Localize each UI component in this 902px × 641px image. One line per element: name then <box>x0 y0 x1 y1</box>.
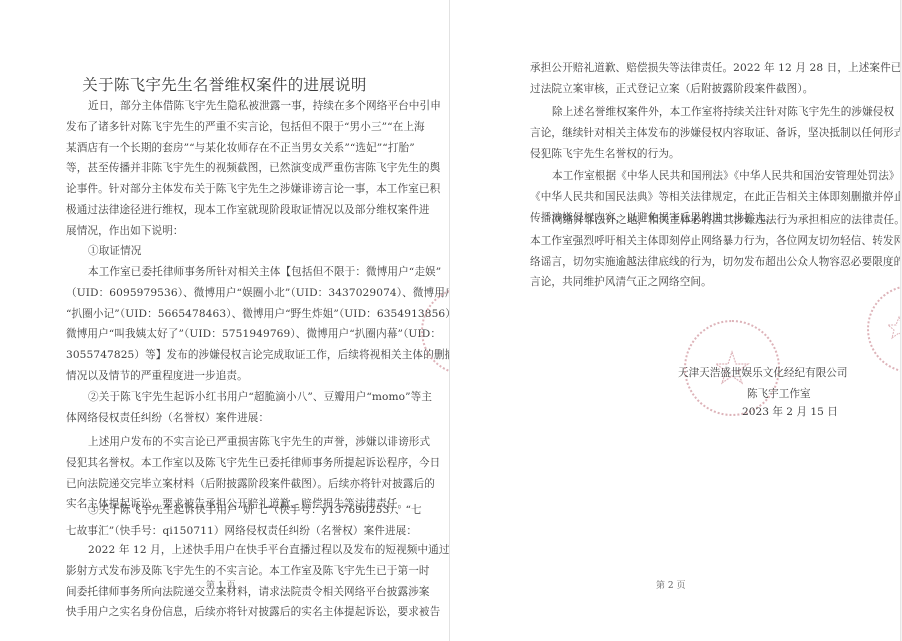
page-1: 关于陈飞宇先生名誉维权案件的进展说明 近日，部分主体借陈飞宇先生隐私被泄露一事，… <box>0 0 450 641</box>
paragraph-monitoring: 除上述名誉维权案件外，本工作室将持续关注针对陈飞宇先生的涉嫌侵权 言论，继续针对… <box>530 102 875 164</box>
text-line: 某酒店有一个长期的套房”“与某化妆师存在不正当男女关系”“选妃”“打胎” <box>66 138 411 159</box>
seal-stamp-half-right <box>867 285 901 373</box>
text-line: 言论，继续针对相关主体发布的涉嫌侵权内容取证、备诉，坚决抵制以任何形式 <box>530 123 875 144</box>
text-line: 承担公开赔礼道歉、赔偿损失等法律责任。2022 年 12 月 28 日，上述案件… <box>530 58 875 79</box>
text-line: 侵犯其名誉权。本工作室以及陈飞宇先生已委托律师事务所提起诉讼程序，今日 <box>66 453 411 474</box>
text-line: 上述用户发布的不实言论已严重损害陈飞宇先生的声誉，涉嫌以诽谤形式 <box>66 432 411 453</box>
text-line: 过法院立案审核，正式登记立案（后附披露阶段案件截图）。 <box>530 79 875 100</box>
text-line: 近日，部分主体借陈飞宇先生隐私被泄露一事，持续在多个网络平台中引申 <box>66 96 411 117</box>
paragraph-case-3-cont: 承担公开赔礼道歉、赔偿损失等法律责任。2022 年 12 月 28 日，上述案件… <box>530 58 875 100</box>
text-line: ②关于陈飞宇先生起诉小红书用户“超脆滴小八”、豆瓣用户“momo”等主 <box>66 387 411 408</box>
text-line: 微博用户“叫我姨太好了”（UID：5751949769）、微博用户“扒圈内幕”（… <box>66 324 411 345</box>
text-line: 七故事汇”（快手号：qi150711）网络侵权责任纠纷（名誉权）案件进展： <box>66 521 411 542</box>
text-line: 本工作室已委托律师事务所针对相关主体【包括但不限于：微博用户“走娱” <box>66 262 411 283</box>
text-line: 2022 年 12 月，上述快手用户在快手平台直播过程以及发布的短视频中通过 <box>66 540 411 561</box>
text-line: 间委托律师事务所向法院递交立案材料，请求法院责令相关网络平台披露涉案 <box>66 582 411 603</box>
paragraph-evidence: 本工作室已委托律师事务所针对相关主体【包括但不限于：微博用户“走娱” （UID：… <box>66 262 411 387</box>
signature-studio: 陈飞宇工作室 <box>747 386 811 401</box>
text-line: ③关于陈飞宇先生起诉快手用户“妍 七”（快手号：y137690253）、“七 <box>66 500 411 521</box>
page-2: 承担公开赔礼道歉、赔偿损失等法律责任。2022 年 12 月 28 日，上述案件… <box>450 0 901 641</box>
text-line: 除上述名誉维权案件外，本工作室将持续关注针对陈飞宇先生的涉嫌侵权 <box>530 102 875 123</box>
text-line: 《中华人民共和国民法典》等相关法律规定，在此正告相关主体即刻删撤并停止 <box>530 187 875 208</box>
text-line: 体网络侵权责任纠纷（名誉权）案件进展： <box>66 408 411 429</box>
page-number: 第 1 页 <box>206 578 235 591</box>
text-line: 本工作室根据《中华人民共和国刑法》《中华人民共和国治安管理处罚法》 <box>530 166 875 187</box>
paragraph-appeal: 网络并非法外之地，相关主体必将因其涉嫌违法行为承担相应的法律责任。 本工作室强烈… <box>530 210 875 293</box>
section-heading-case-3: ③关于陈飞宇先生起诉快手用户“妍 七”（快手号：y137690253）、“七 七… <box>66 500 411 542</box>
signature-date: 2023 年 2 月 15 日 <box>742 404 838 419</box>
text-line: 等，甚至传播并非陈飞宇先生的视频截图，已然演变成严重伤害陈飞宇先生的舆 <box>66 158 411 179</box>
text-line: 侵犯陈飞宇先生名誉权的行为。 <box>530 144 875 165</box>
section-heading-case-2: ②关于陈飞宇先生起诉小红书用户“超脆滴小八”、豆瓣用户“momo”等主 体网络侵… <box>66 387 411 429</box>
text-line: 已向法院递交完毕立案材料（后附披露阶段案件截图）。后续亦将针对披露后的 <box>66 474 411 495</box>
star-icon <box>869 287 901 371</box>
signature-company: 天津天浩盛世娱乐文化经纪有限公司 <box>678 365 848 380</box>
text-line: 影射方式发布涉及陈飞宇先生的不实言论。本工作室及陈飞宇先生已于第一时 <box>66 561 411 582</box>
seal-stamp-half-left <box>421 287 450 375</box>
document-title: 关于陈飞宇先生名誉维权案件的进展说明 <box>0 73 449 95</box>
text-line: 展情况，作出如下说明： <box>66 221 411 242</box>
text-line: 网络并非法外之地，相关主体必将因其涉嫌违法行为承担相应的法律责任。 <box>530 210 875 231</box>
page-number: 第 2 页 <box>656 578 685 591</box>
section-heading-evidence: ①取证情况 <box>66 241 411 262</box>
text-line: “扒圈小记”（UID：5665478463）、微博用户“野生炸姐”（UID：63… <box>66 304 411 325</box>
text-line: 3055747825）等】发布的涉嫌侵权言论完成取证工作，后续将视相关主体的删撤 <box>66 345 411 366</box>
paragraph-intro: 近日，部分主体借陈飞宇先生隐私被泄露一事，持续在多个网络平台中引申 发布了诸多针… <box>66 96 411 242</box>
text-line: （UID：6095979536）、微博用户“娱圈小北”（UID：34370290… <box>66 283 411 304</box>
text-line: 快手用户之实名身份信息，后续亦将针对披露后的实名主体提起诉讼，要求被告 <box>66 602 411 623</box>
text-line: 发布了诸多针对陈飞宇先生的严重不实言论，包括但不限于“男小三”“在上海 <box>66 117 411 138</box>
paragraph-case-3: 2022 年 12 月，上述快手用户在快手平台直播过程以及发布的短视频中通过 影… <box>66 540 411 623</box>
text-line: 言论，共同维护风清气正之网络空间。 <box>530 272 875 293</box>
text-line: 极通过法律途径进行维权，现本工作室就现阶段取证情况以及部分维权案件进 <box>66 200 411 221</box>
text-line: 本工作室强烈呼吁相关主体即刻停止网络暴力行为，各位网友切勿轻信、转发网 <box>530 231 875 252</box>
text-line: 论事件。针对部分主体发布关于陈飞宇先生之涉嫌诽谤言论一事，本工作室已积 <box>66 179 411 200</box>
text-line: 络谣言，切勿实施逾越法律底线的行为，切勿发布超出公众人物容忍必要限度的 <box>530 252 875 273</box>
text-line: ①取证情况 <box>66 241 411 262</box>
text-line: 情况以及情节的严重程度进一步追责。 <box>66 366 411 387</box>
